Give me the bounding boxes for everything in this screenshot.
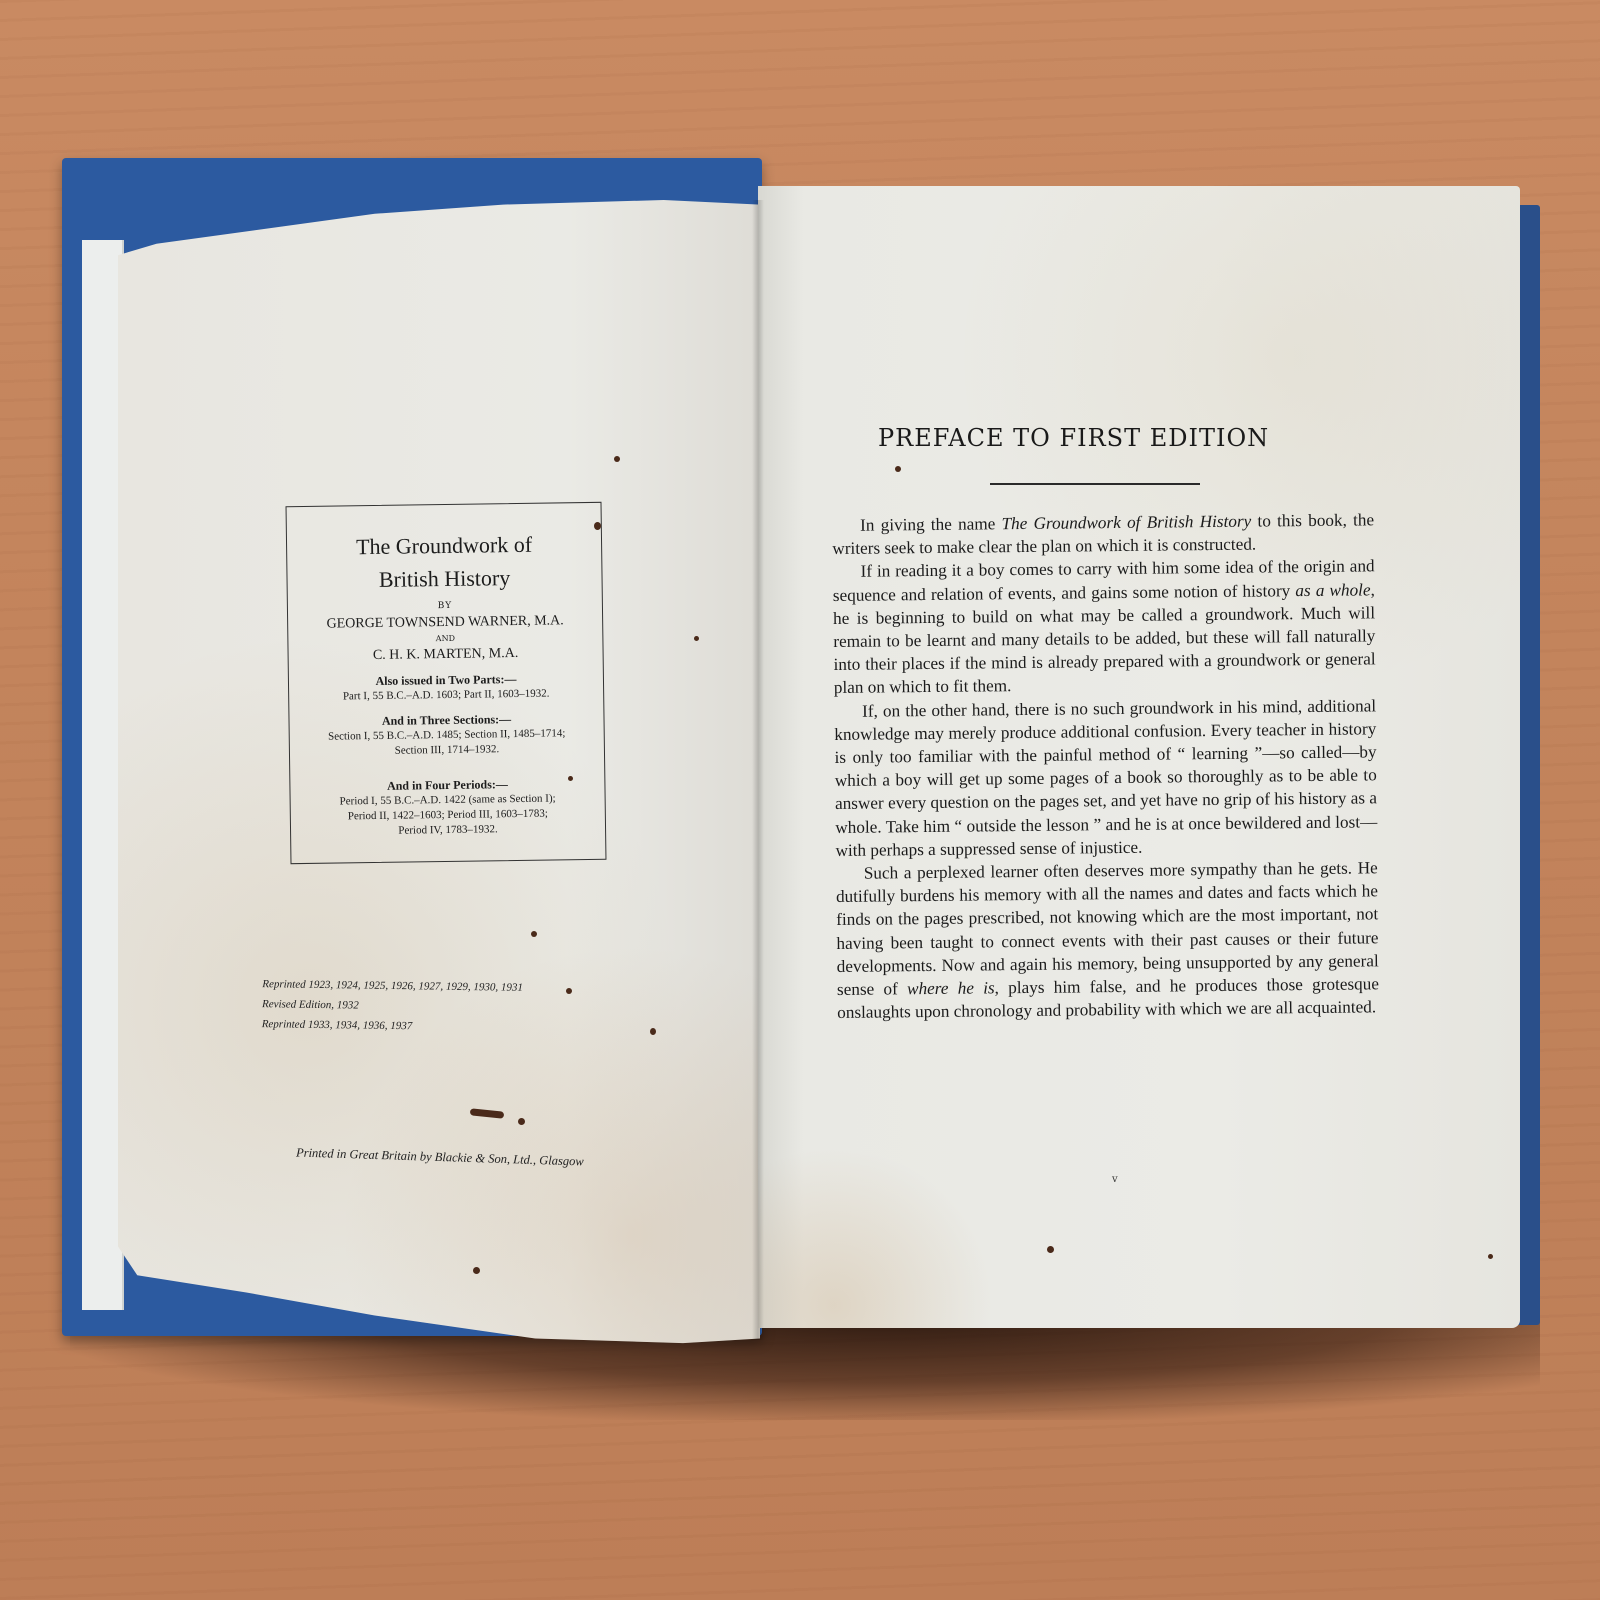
stain-spot	[594, 522, 601, 530]
stain-spot	[614, 456, 620, 462]
paragraph-1: In giving the name The Groundwork of Bri…	[832, 508, 1374, 560]
paragraph-2: If in reading it a boy comes to carry wi…	[832, 555, 1375, 700]
p4-italic: where he is	[907, 978, 995, 998]
author-1: GEORGE TOWNSEND WARNER, M.A.	[288, 613, 602, 633]
stain-spot	[566, 988, 572, 994]
paragraph-3: If, on the other hand, there is no such …	[834, 694, 1378, 862]
signature-mark: v	[1112, 1174, 1118, 1185]
and-label: AND	[288, 632, 602, 645]
page-gutter	[752, 200, 764, 1340]
p1-text-a: In giving the name	[860, 514, 1002, 534]
title-line-1: The Groundwork of	[287, 527, 601, 564]
preface-body: In giving the name The Groundwork of Bri…	[832, 508, 1379, 1024]
stain-spot	[650, 1028, 656, 1035]
stain-spot	[1488, 1254, 1493, 1259]
stain-spot	[694, 636, 699, 641]
preface-heading: PREFACE TO FIRST EDITION	[878, 424, 1318, 452]
parts-line: Part I, 55 B.C.–A.D. 1603; Part II, 1603…	[289, 686, 603, 705]
stain-spot	[1047, 1246, 1054, 1253]
by-label: BY	[288, 599, 602, 613]
p2-text-a: If in reading it a boy comes to carry wi…	[833, 557, 1375, 605]
stain-spot	[895, 466, 901, 472]
stain-spot	[531, 931, 537, 937]
author-2: C. H. K. MARTEN, M.A.	[289, 645, 603, 665]
stain-spot	[518, 1118, 525, 1125]
title-line-2: British History	[287, 560, 601, 597]
endpaper	[82, 240, 124, 1310]
imprint-line-3: Reprinted 1933, 1934, 1936, 1937	[262, 1014, 523, 1038]
stain-spot	[473, 1267, 480, 1274]
stain-spot	[568, 776, 573, 781]
title-box: The Groundwork of British History BY GEO…	[286, 502, 607, 864]
periods-line-3: Period IV, 1783–1932.	[291, 821, 605, 840]
book-title: The Groundwork of British History	[287, 527, 602, 597]
paragraph-4: Such a perplexed learner often deserves …	[836, 856, 1380, 1024]
heading-rule	[990, 483, 1200, 485]
imprint-history: Reprinted 1923, 1924, 1925, 1926, 1927, …	[262, 974, 523, 1038]
p2-italic: as a whole	[1295, 580, 1370, 600]
p1-italic-title: The Groundwork of British History	[1001, 512, 1251, 534]
